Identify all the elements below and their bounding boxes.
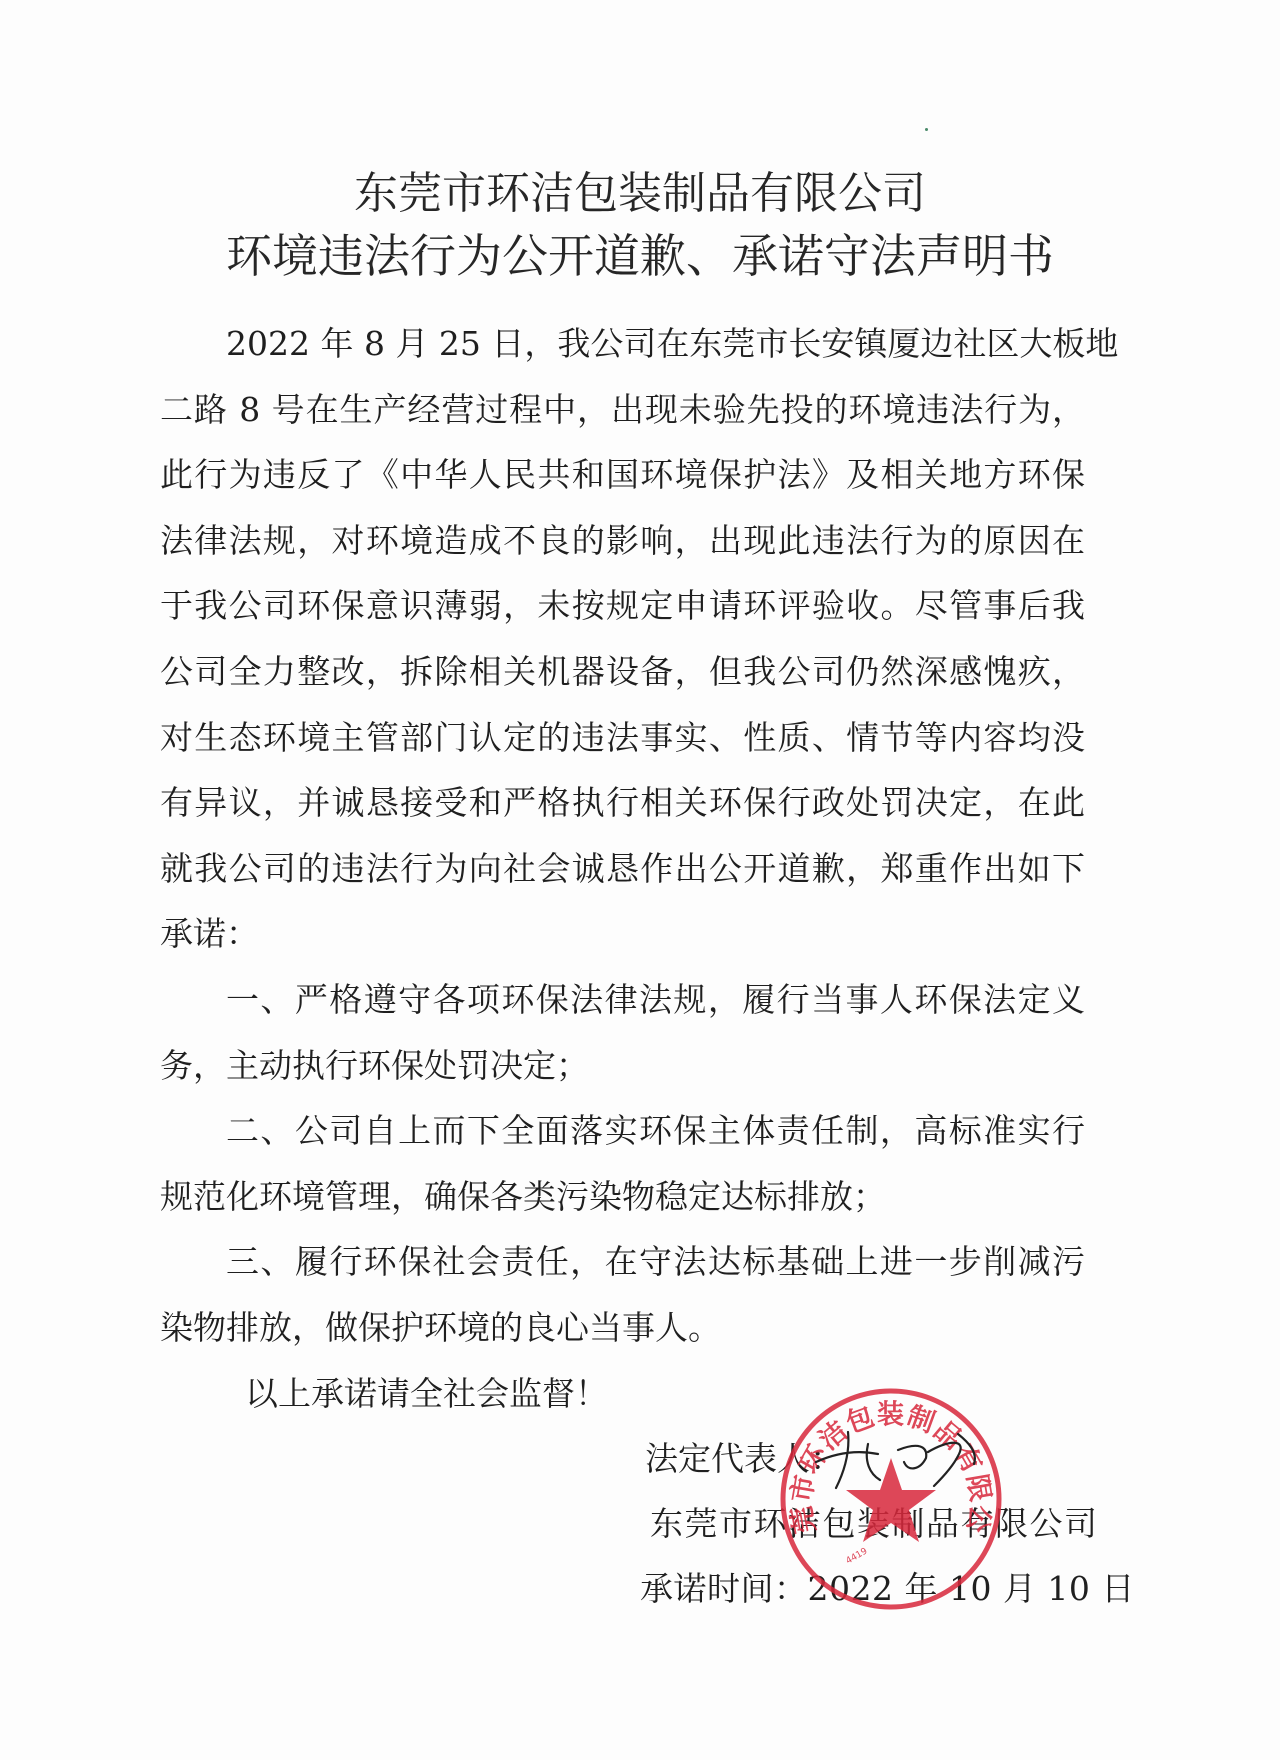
- body-line: 法律法规，对环境造成不良的影响，出现此违法行为的原因在: [160, 515, 1085, 581]
- handwritten-signature-icon: [808, 1422, 988, 1492]
- body-line: 染物排放，做保护环境的良心当事人。: [160, 1302, 1085, 1368]
- company-seal-icon: 东莞市环洁包装制品有限公司 4419: [778, 1386, 1004, 1612]
- body-line: 有异议，并诚恳接受和严格执行相关环保行政处罚决定，在此: [160, 777, 1085, 843]
- body-line: 此行为违反了《中华人民共和国环境保护法》及相关地方环保: [160, 449, 1085, 515]
- body-line: 规范化环境管理，确保各类污染物稳定达标排放；: [160, 1171, 1085, 1237]
- body-line: 务，主动执行环保处罚决定；: [160, 1040, 1085, 1106]
- scan-speck: [925, 128, 928, 131]
- statement-body: 2022 年 8 月 25 日，我公司在东莞市长安镇厦边社区大板地 二路 8 号…: [160, 318, 1085, 1433]
- body-line: 二路 8 号在生产经营过程中，出现未验先投的环境违法行为，: [160, 384, 1085, 450]
- body-line: 对生态环境主管部门认定的违法事实、性质、情节等内容均没: [160, 712, 1085, 778]
- statement-title: 环境违法行为公开道歉、承诺守法声明书: [0, 220, 1280, 286]
- company-title: 东莞市环洁包装制品有限公司: [0, 157, 1280, 221]
- body-line: 就我公司的违法行为向社会诚恳作出公开道歉，郑重作出如下: [160, 843, 1085, 909]
- commitment-item-1: 一、严格遵守各项环保法律法规，履行当事人环保法定义: [160, 974, 1085, 1040]
- commitment-item-3: 三、履行环保社会责任，在守法达标基础上进一步削减污: [160, 1236, 1085, 1302]
- commitment-item-2: 二、公司自上而下全面落实环保主体责任制，高标准实行: [160, 1105, 1085, 1171]
- body-line: 承诺：: [160, 908, 1085, 974]
- body-line: 于我公司环保意识薄弱，未按规定申请环评验收。尽管事后我: [160, 580, 1085, 646]
- svg-text:4419: 4419: [845, 1546, 870, 1566]
- body-line: 2022 年 8 月 25 日，我公司在东莞市长安镇厦边社区大板地: [160, 318, 1085, 384]
- body-line: 公司全力整改，拆除相关机器设备，但我公司仍然深感愧疚，: [160, 646, 1085, 712]
